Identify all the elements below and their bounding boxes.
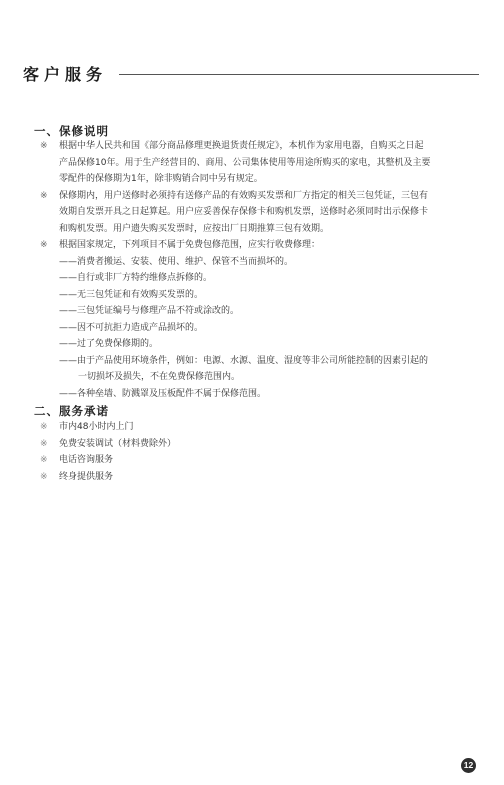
exclusion-item: ——因不可抗拒力造成产品损坏的。	[40, 320, 480, 337]
service-item-label: 终身提供服务	[59, 469, 113, 486]
section-title-service-promise: 二、服务承诺	[34, 403, 109, 419]
service-item-label: 电话咨询服务	[59, 452, 113, 469]
warranty-bullet-2: ※ 保修期内，用户送修时必须持有送修产品的有效购买发票和厂方指定的相关三包凭证，…	[40, 188, 480, 238]
reference-mark-icon: ※	[40, 419, 59, 436]
page-header: 客户服务	[23, 62, 479, 84]
bullet-line: 根据国家规定，下列项目不属于免费包修范围，应实行收费修理：	[59, 237, 480, 254]
bullet-line: 和购机发票。用户遗失购买发票时，应按出厂日期推算三包有效期。	[59, 221, 480, 238]
warranty-body: ※ 根据中华人民共和国《部分商品修理更换退货责任规定》，本机作为家用电器，自购买…	[40, 138, 480, 402]
reference-mark-icon: ※	[40, 138, 59, 188]
bullet-line: 根据中华人民共和国《部分商品修理更换退货责任规定》，本机作为家用电器，自购买之日…	[59, 138, 480, 155]
bullet-line: 零配件的保修期为1年，除非购销合同中另有规定。	[59, 171, 480, 188]
service-item: ※ 市内48小时内上门	[40, 419, 176, 436]
exclusion-item: ——过了免费保修期的。	[40, 336, 480, 353]
exclusion-item: ——自行或非厂方特约维修点拆修的。	[40, 270, 480, 287]
bullet-line: 效期自发票开具之日起算起。用户应妥善保存保修卡和购机发票，送修时必须同时出示保修…	[59, 204, 480, 221]
service-item-label: 市内48小时内上门	[59, 419, 133, 436]
service-item-label: 免费安装调试（材料费除外）	[59, 436, 176, 453]
section-title-warranty: 一、保修说明	[34, 123, 109, 139]
exclusion-item: ——各种垒墙、防溅罩及压板配件不属于保修范围。	[40, 386, 480, 403]
warranty-bullet-3: ※ 根据国家规定，下列项目不属于免费包修范围，应实行收费修理：	[40, 237, 480, 254]
bullet-line: 产品保修10年。用于生产经营目的、商用、公司集体使用等用途所购买的家电，其整机及…	[59, 155, 480, 172]
exclusion-item: ——无三包凭证和有效购买发票的。	[40, 287, 480, 304]
page-title: 客户服务	[23, 62, 107, 85]
service-promise-list: ※ 市内48小时内上门 ※ 免费安装调试（材料费除外） ※ 电话咨询服务 ※ 终…	[40, 419, 176, 485]
service-item: ※ 免费安装调试（材料费除外）	[40, 436, 176, 453]
reference-mark-icon: ※	[40, 469, 59, 486]
reference-mark-icon: ※	[40, 188, 59, 238]
bullet-line: 保修期内，用户送修时必须持有送修产品的有效购买发票和厂方指定的相关三包凭证，三包…	[59, 188, 480, 205]
exclusion-item: ——消费者搬运、安装、使用、维护、保管不当而损坏的。	[40, 254, 480, 271]
reference-mark-icon: ※	[40, 452, 59, 469]
exclusion-item: ——三包凭证编号与修理产品不符或涂改的。	[40, 303, 480, 320]
header-divider	[119, 74, 479, 75]
exclusion-item-continuation: 一切损坏及损失，不在免费保修范围内。	[40, 369, 480, 386]
reference-mark-icon: ※	[40, 436, 59, 453]
reference-mark-icon: ※	[40, 237, 59, 254]
page-number-badge: 12	[461, 758, 476, 773]
service-item: ※ 终身提供服务	[40, 469, 176, 486]
warranty-bullet-1: ※ 根据中华人民共和国《部分商品修理更换退货责任规定》，本机作为家用电器，自购买…	[40, 138, 480, 188]
exclusion-item: ——由于产品使用环境条件，例如：电源、水源、温度、湿度等非公司所能控制的因素引起…	[40, 353, 480, 370]
service-item: ※ 电话咨询服务	[40, 452, 176, 469]
